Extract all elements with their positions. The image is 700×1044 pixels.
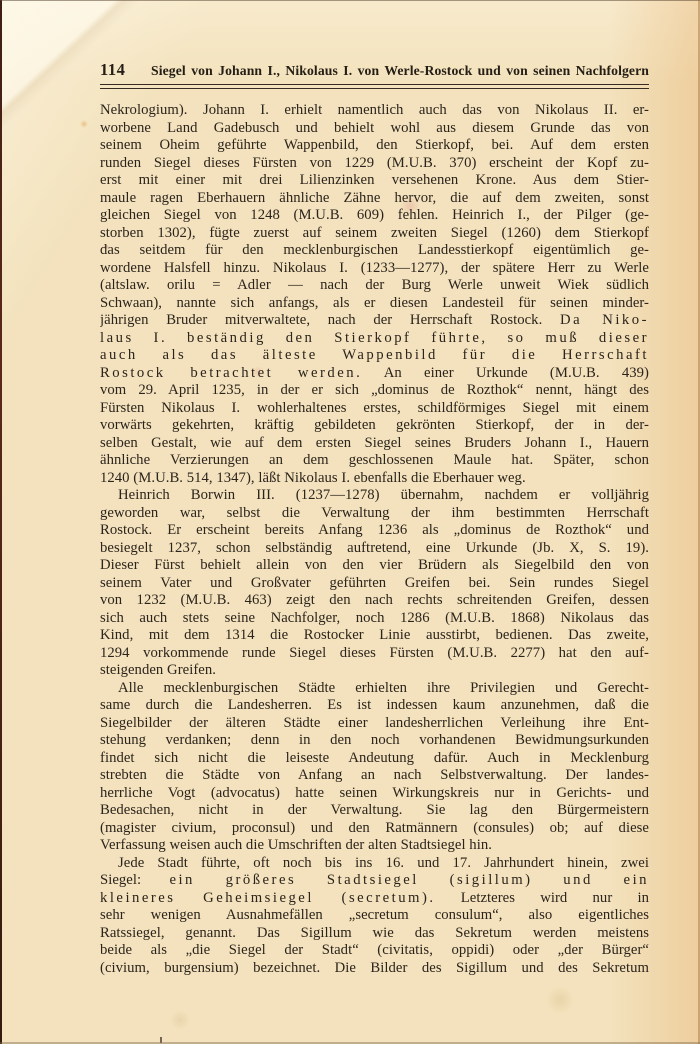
text-line: Rostock. Er erscheint bereits Anfang 123… — [100, 522, 649, 540]
text-line: Heinrich Borwin III. (1237—1278) übernah… — [100, 487, 649, 505]
text-segment: sich auch stets seine Nachfolger, noch 1… — [100, 610, 649, 626]
text-segment: seinem Vater und Großvater geführten Gre… — [100, 575, 649, 591]
text-line: 1240 (M.U.B. 514, 1347), läßt Nikolaus I… — [100, 470, 649, 488]
text-line: Alle mecklenburgischen Städte erhielten … — [100, 680, 649, 698]
text-segment: Kind, mit dem 1314 die Rostocker Linie a… — [100, 627, 649, 643]
text-line: seinem Vater und Großvater geführten Gre… — [100, 575, 649, 593]
text-line: Nekrologium). Johann I. erhielt namentli… — [100, 102, 649, 120]
text-segment: ähnliche Verzierungen an dem geschlossen… — [100, 452, 649, 468]
text-segment: das seitdem für den mecklenburgischen La… — [100, 242, 649, 258]
text-line: (civium, burgensium) bezeichnet. Die Bil… — [100, 960, 649, 978]
text-segment: Ratssiegel, genannt. Das Sigillum wie da… — [100, 925, 649, 941]
text-line: gleichen Siegel von 1248 (M.U.B. 609) fe… — [100, 207, 649, 225]
text-segment: stehung verdanken; denn in den noch vorh… — [100, 732, 649, 748]
letterspaced-text: Da Niko- — [560, 312, 649, 328]
letterspaced-text: kleineres Geheimsiegel (secretum). — [100, 890, 436, 906]
text-line: jährigen Bruder mitverwaltete, nach der … — [100, 312, 649, 330]
text-line: sehr wenigen Ausnahmefällen „secretum co… — [100, 907, 649, 925]
text-line: Verfassung weisen auch die Umschriften d… — [100, 837, 649, 855]
text-segment: geworden war, selbst die Verwaltung der … — [100, 505, 649, 521]
text-segment: Rostock. Er erscheint bereits Anfang 123… — [100, 522, 649, 538]
text-line: beide als „die Siegel der Stadt“ (civita… — [100, 942, 649, 960]
text-line: ähnliche Verzierungen an dem geschlossen… — [100, 452, 649, 470]
text-segment: Siegelbilder der älteren Städte einer la… — [100, 715, 649, 731]
letterspaced-text: laus I. beständig den Stierkopf führte, … — [100, 330, 649, 346]
text-line: vom 29. April 1235, in der er sich „domi… — [100, 382, 649, 400]
text-line: storben 1302), fügte zuerst auf seinem z… — [100, 225, 649, 243]
text-segment: strebten die Städte von Anfang an nach S… — [100, 767, 649, 783]
text-line: runden Siegel dieses Fürsten von 1229 (M… — [100, 155, 649, 173]
text-segment: vom 29. April 1235, in der er sich „domi… — [100, 382, 649, 398]
text-segment: Nekrologium). Johann I. erhielt namentli… — [100, 102, 649, 118]
text-segment: worbene Land Gadebusch und behielt wohl … — [100, 120, 649, 136]
letterspaced-text: ein größeres Stadtsiegel (sigillum) und … — [169, 872, 649, 888]
page-edge-left — [0, 0, 2, 1044]
page-number: 114 — [100, 60, 125, 80]
text-segment: 1294 vorkommende runde Siegel dieses Für… — [100, 645, 649, 661]
letterspaced-text: Rostock betrachtet werden. — [100, 365, 362, 381]
text-line: geworden war, selbst die Verwaltung der … — [100, 505, 649, 523]
letterspaced-text: auch als das älteste Wappenbild für die … — [100, 347, 649, 363]
text-segment: vorwärts gekehrten, kräftig gebildeten g… — [100, 417, 649, 433]
text-segment: (magister civium, proconsul) und den Rat… — [100, 820, 649, 836]
text-segment: maule ragen Eberhauern ähnliche Zähne he… — [100, 190, 649, 206]
text-segment: von 1232 (M.U.B. 463) zeigt den nach rec… — [100, 592, 649, 608]
text-line: worbene Land Gadebusch und behielt wohl … — [100, 120, 649, 138]
text-line: findet sich nicht die leiseste Andeutung… — [100, 750, 649, 768]
text-segment: Dieser Fürst behielt allein von den vier… — [100, 557, 649, 573]
text-line: herrliche Vogt (advocatus) hatte seinen … — [100, 785, 649, 803]
text-line: kleineres Geheimsiegel (secretum). Letzt… — [100, 890, 649, 908]
text-segment: Jede Stadt führte, oft noch bis ins 16. … — [118, 855, 649, 871]
text-line: Ratssiegel, genannt. Das Sigillum wie da… — [100, 925, 649, 943]
text-line: steigenden Greifen. — [100, 662, 649, 680]
text-line: erst mit einer mit drei Lilienzinken ver… — [100, 172, 649, 190]
text-line: strebten die Städte von Anfang an nach S… — [100, 767, 649, 785]
text-segment: seinem Oheim geführte Wappenbild, den St… — [100, 137, 649, 153]
text-line: (altslaw. orilu = Adler — nach der Burg … — [100, 277, 649, 295]
text-line: selben Gestalt, wie auf dem ersten Siege… — [100, 435, 649, 453]
text-segment: storben 1302), fügte zuerst auf seinem z… — [100, 225, 649, 241]
text-segment: (altslaw. orilu = Adler — nach der Burg … — [100, 277, 649, 293]
text-line: seinem Oheim geführte Wappenbild, den St… — [100, 137, 649, 155]
text-segment: findet sich nicht die leiseste Andeutung… — [100, 750, 649, 766]
text-line: Siegel: ein größeres Stadtsiegel (sigill… — [100, 872, 649, 890]
text-segment: sehr wenigen Ausnahmefällen „secretum co… — [100, 907, 649, 923]
text-segment: Schwaan), nannte sich anfangs, als er di… — [100, 295, 649, 311]
text-line: Jede Stadt führte, oft noch bis ins 16. … — [100, 855, 649, 873]
text-line: sich auch stets seine Nachfolger, noch 1… — [100, 610, 649, 628]
header-rule — [100, 84, 649, 89]
text-line: besiegelt 1237, schon selbständig auftre… — [100, 540, 649, 558]
text-segment: Alle mecklenburgischen Städte erhielten … — [118, 680, 649, 696]
text-line: Rostock betrachtet werden. An einer Urku… — [100, 365, 649, 383]
book-page: 114 Siegel von Johann I., Nikolaus I. vo… — [0, 0, 700, 1044]
text-line: Schwaan), nannte sich anfangs, als er di… — [100, 295, 649, 313]
text-segment: Verfassung weisen auch die Umschriften d… — [100, 837, 492, 853]
text-segment: wordene Halsfell hinzu. Nikolaus I. (123… — [100, 260, 649, 276]
text-line: 1294 vorkommende runde Siegel dieses Für… — [100, 645, 649, 663]
text-segment: steigenden Greifen. — [100, 662, 216, 678]
text-segment: An einer Urkunde (M.U.B. 439) — [362, 365, 649, 381]
text-line: same durch die Landesherren. Es ist inde… — [100, 697, 649, 715]
text-segment: gleichen Siegel von 1248 (M.U.B. 609) fe… — [100, 207, 649, 223]
text-segment: besiegelt 1237, schon selbständig auftre… — [100, 540, 649, 556]
text-line: wordene Halsfell hinzu. Nikolaus I. (123… — [100, 260, 649, 278]
text-segment: beide als „die Siegel der Stadt“ (civita… — [100, 942, 649, 958]
page-body: Nekrologium). Johann I. erhielt namentli… — [100, 102, 649, 977]
text-line: Dieser Fürst behielt allein von den vier… — [100, 557, 649, 575]
text-segment: selben Gestalt, wie auf dem ersten Siege… — [100, 435, 649, 451]
text-line: (magister civium, proconsul) und den Rat… — [100, 820, 649, 838]
text-segment: (civium, burgensium) bezeichnet. Die Bil… — [100, 960, 649, 976]
text-segment: Heinrich Borwin III. (1237—1278) übernah… — [118, 487, 649, 503]
text-segment: Siegel: — [100, 872, 169, 888]
text-segment: jährigen Bruder mitverwaltete, nach der … — [100, 312, 560, 328]
text-line: Siegelbilder der älteren Städte einer la… — [100, 715, 649, 733]
text-line: vorwärts gekehrten, kräftig gebildeten g… — [100, 417, 649, 435]
text-line: Fürsten Nikolaus I. wohlerhaltenes erste… — [100, 400, 649, 418]
text-line: Bedesachen, nicht in der Verwaltung. Sie… — [100, 802, 649, 820]
text-segment: same durch die Landesherren. Es ist inde… — [100, 697, 649, 713]
page-edge-top — [0, 0, 700, 1]
text-segment: Letzteres wird nur in — [436, 890, 649, 906]
text-line: stehung verdanken; denn in den noch vorh… — [100, 732, 649, 750]
text-line: das seitdem für den mecklenburgischen La… — [100, 242, 649, 260]
text-line: auch als das älteste Wappenbild für die … — [100, 347, 649, 365]
running-header-title: Siegel von Johann I., Nikolaus I. von We… — [151, 63, 649, 79]
text-line: Kind, mit dem 1314 die Rostocker Linie a… — [100, 627, 649, 645]
text-line: von 1232 (M.U.B. 463) zeigt den nach rec… — [100, 592, 649, 610]
text-segment: Bedesachen, nicht in der Verwaltung. Sie… — [100, 802, 649, 818]
text-line: maule ragen Eberhauern ähnliche Zähne he… — [100, 190, 649, 208]
text-segment: runden Siegel dieses Fürsten von 1229 (M… — [100, 155, 649, 171]
text-line: laus I. beständig den Stierkopf führte, … — [100, 330, 649, 348]
text-segment: herrliche Vogt (advocatus) hatte seinen … — [100, 785, 649, 801]
text-segment: erst mit einer mit drei Lilienzinken ver… — [100, 172, 649, 188]
text-segment: Fürsten Nikolaus I. wohlerhaltenes erste… — [100, 400, 649, 416]
text-segment: 1240 (M.U.B. 514, 1347), läßt Nikolaus I… — [100, 470, 526, 486]
